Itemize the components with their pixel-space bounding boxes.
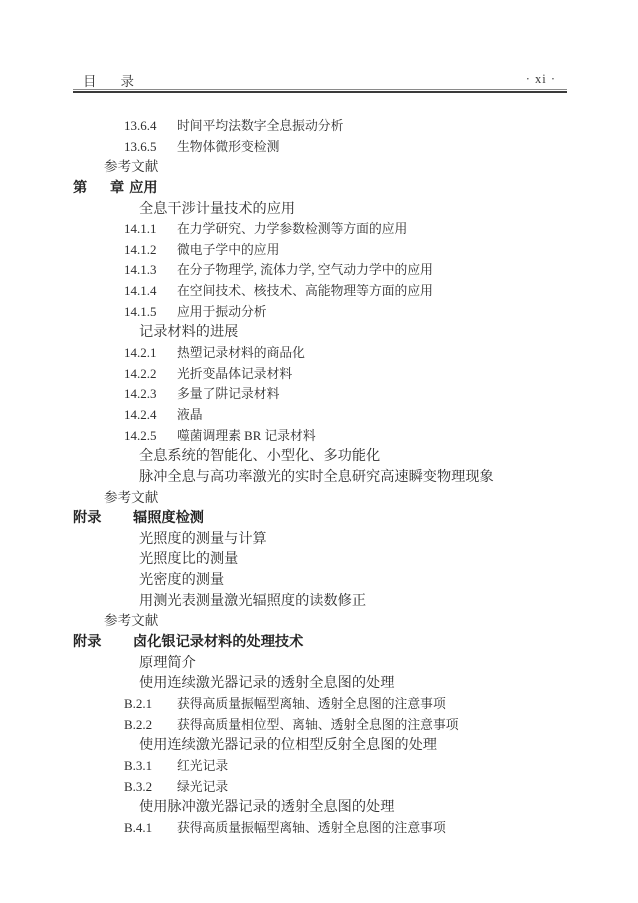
toc-entry: 全息系统的智能化、小型化、多功能化 (0, 446, 638, 467)
toc-entry: 14.1.3在分子物理学, 流体力学, 空气动力学中的应用 (0, 260, 638, 281)
toc-entry: B.3.1红光记录 (0, 756, 638, 777)
toc-entry-title: 液晶 (177, 408, 203, 422)
toc-entry: 14.2.2光折变晶体记录材料 (0, 364, 638, 385)
toc-entry: B.2.2获得高质量相位型、离轴、透射全息图的注意事项 (0, 715, 638, 736)
toc-entry-title: 脉冲全息与高功率激光的实时全息研究高速瞬变物理现象 (139, 469, 494, 485)
page-number: · xi · (526, 72, 556, 87)
toc-entry-number: 14.1.1 (124, 219, 177, 240)
toc-entry-title: 在力学研究、力学参数检测等方面的应用 (177, 222, 407, 236)
toc-entry: 14.1.5应用于振动分析 (0, 302, 638, 323)
toc-entry-title: 生物体微形变检测 (177, 140, 279, 154)
toc-entry: 使用连续激光器记录的透射全息图的处理 (0, 673, 638, 694)
toc-entry-title: 用测光表测量激光辐照度的读数修正 (139, 593, 366, 609)
toc-entry-number: 14.1.5 (124, 302, 177, 323)
toc-entry-label-2: 章 (110, 178, 124, 199)
toc-entry-title: 辐照度检测 (133, 510, 204, 526)
toc-entry-number: B.2.2 (124, 715, 177, 736)
toc-entry-title: 光照度比的测量 (139, 551, 238, 567)
toc-entry: 14.2.1热塑记录材料的商品化 (0, 343, 638, 364)
toc-entry-title: 获得高质量振幅型离轴、透射全息图的注意事项 (177, 697, 446, 711)
toc-entry-title: 记录材料的进展 (139, 324, 238, 340)
toc-entry-number: B.2.1 (124, 694, 177, 715)
toc-entry-number: 14.1.4 (124, 281, 177, 302)
toc-entry-title: 红光记录 (177, 759, 228, 773)
toc-entry-title: 获得高质量振幅型离轴、透射全息图的注意事项 (177, 821, 446, 835)
toc-entry: 用测光表测量激光辐照度的读数修正 (0, 591, 638, 612)
toc-entry: 附录辐照度检测 (0, 508, 638, 529)
header-rule-thin (73, 89, 567, 90)
header-rule-thick (73, 91, 567, 93)
toc-entry: 光照度比的测量 (0, 549, 638, 570)
toc-entry: B.3.2绿光记录 (0, 777, 638, 798)
toc-entry: B.2.1获得高质量振幅型离轴、透射全息图的注意事项 (0, 694, 638, 715)
toc-entry-number: B.3.2 (124, 777, 177, 798)
toc-entry: 14.1.4在空间技术、核技术、高能物理等方面的应用 (0, 281, 638, 302)
toc-entry: 13.6.4时间平均法数字全息振动分析 (0, 116, 638, 137)
toc-entry-number: 14.2.4 (124, 405, 177, 426)
header-rule (73, 89, 567, 93)
toc-entry-title: 光照度的测量与计算 (139, 531, 267, 547)
toc-entry: 13.6.5生物体微形变检测 (0, 137, 638, 158)
toc-entry-title: 使用连续激光器记录的透射全息图的处理 (139, 675, 394, 691)
toc-entry: 脉冲全息与高功率激光的实时全息研究高速瞬变物理现象 (0, 467, 638, 488)
toc-entry-title: 原理简介 (139, 655, 196, 671)
toc-entry: 记录材料的进展 (0, 322, 638, 343)
toc-entry-number: 14.1.2 (124, 240, 177, 261)
toc-entry-title: 微电子学中的应用 (177, 243, 279, 257)
toc-entry-title: 应用于振动分析 (177, 305, 267, 319)
toc-entry: 使用连续激光器记录的位相型反射全息图的处理 (0, 735, 638, 756)
toc-entry-label: 附录 (73, 508, 133, 529)
toc-entry-label: 附录 (73, 632, 133, 653)
toc-entry-title: 在分子物理学, 流体力学, 空气动力学中的应用 (177, 263, 433, 277)
toc-entry-number: 14.2.5 (124, 426, 177, 447)
toc-entry-title: 获得高质量相位型、离轴、透射全息图的注意事项 (177, 718, 459, 732)
running-head-title: 目录 (83, 70, 158, 90)
toc-entry: 参考文献 (0, 488, 638, 509)
toc-entry: 使用脉冲激光器记录的透射全息图的处理 (0, 797, 638, 818)
toc-entry-number: 14.2.3 (124, 384, 177, 405)
toc-entry-number: 13.6.4 (124, 116, 177, 137)
toc-entry-number: 13.6.5 (124, 137, 177, 158)
toc-entry-title: 在空间技术、核技术、高能物理等方面的应用 (177, 284, 433, 298)
toc-entry-title: 参考文献 (104, 490, 158, 505)
toc-entry: 光照度的测量与计算 (0, 529, 638, 550)
toc-page: 目录 · xi · 13.6.4时间平均法数字全息振动分析13.6.5生物体微形… (0, 0, 638, 903)
toc-entry-title: 应用 (129, 180, 157, 196)
toc-entry-title: 多量了阱记录材料 (177, 387, 279, 401)
toc-entry-title: 光密度的测量 (139, 572, 224, 588)
toc-entry: 14.2.3多量了阱记录材料 (0, 384, 638, 405)
toc-list: 13.6.4时间平均法数字全息振动分析13.6.5生物体微形变检测参考文献第章应… (0, 116, 638, 838)
toc-entry-number: B.3.1 (124, 756, 177, 777)
toc-entry-number: 14.2.1 (124, 343, 177, 364)
toc-entry: B.4.1获得高质量振幅型离轴、透射全息图的注意事项 (0, 818, 638, 839)
toc-entry-title: 使用脉冲激光器记录的透射全息图的处理 (139, 799, 394, 815)
toc-entry-title: 全息系统的智能化、小型化、多功能化 (139, 448, 380, 464)
running-head: 目录 · xi · (73, 70, 567, 88)
toc-entry-title: 噬菌调理素 BR 记录材料 (177, 429, 316, 443)
toc-entry: 第章应用 (0, 178, 638, 199)
toc-entry: 光密度的测量 (0, 570, 638, 591)
toc-entry: 14.2.5噬菌调理素 BR 记录材料 (0, 426, 638, 447)
toc-entry: 全息干涉计量技术的应用 (0, 199, 638, 220)
toc-entry-title: 热塑记录材料的商品化 (177, 346, 305, 360)
toc-entry-title: 卤化银记录材料的处理技术 (133, 634, 303, 650)
toc-entry-number: 14.1.3 (124, 260, 177, 281)
toc-entry-number: 14.2.2 (124, 364, 177, 385)
toc-entry-title: 绿光记录 (177, 780, 228, 794)
toc-entry-number: B.4.1 (124, 818, 177, 839)
toc-entry: 14.1.1在力学研究、力学参数检测等方面的应用 (0, 219, 638, 240)
toc-entry: 参考文献 (0, 157, 638, 178)
toc-entry-title: 参考文献 (104, 613, 158, 628)
toc-entry-title: 参考文献 (104, 159, 158, 174)
toc-entry: 参考文献 (0, 611, 638, 632)
toc-entry-title: 光折变晶体记录材料 (177, 367, 292, 381)
toc-entry: 14.1.2微电子学中的应用 (0, 240, 638, 261)
toc-entry: 14.2.4液晶 (0, 405, 638, 426)
toc-entry-label: 第 (73, 178, 110, 199)
toc-entry-title: 使用连续激光器记录的位相型反射全息图的处理 (139, 737, 437, 753)
toc-entry: 附录卤化银记录材料的处理技术 (0, 632, 638, 653)
toc-entry: 原理简介 (0, 653, 638, 674)
toc-entry-title: 全息干涉计量技术的应用 (139, 201, 295, 217)
toc-entry-title: 时间平均法数字全息振动分析 (177, 119, 343, 133)
